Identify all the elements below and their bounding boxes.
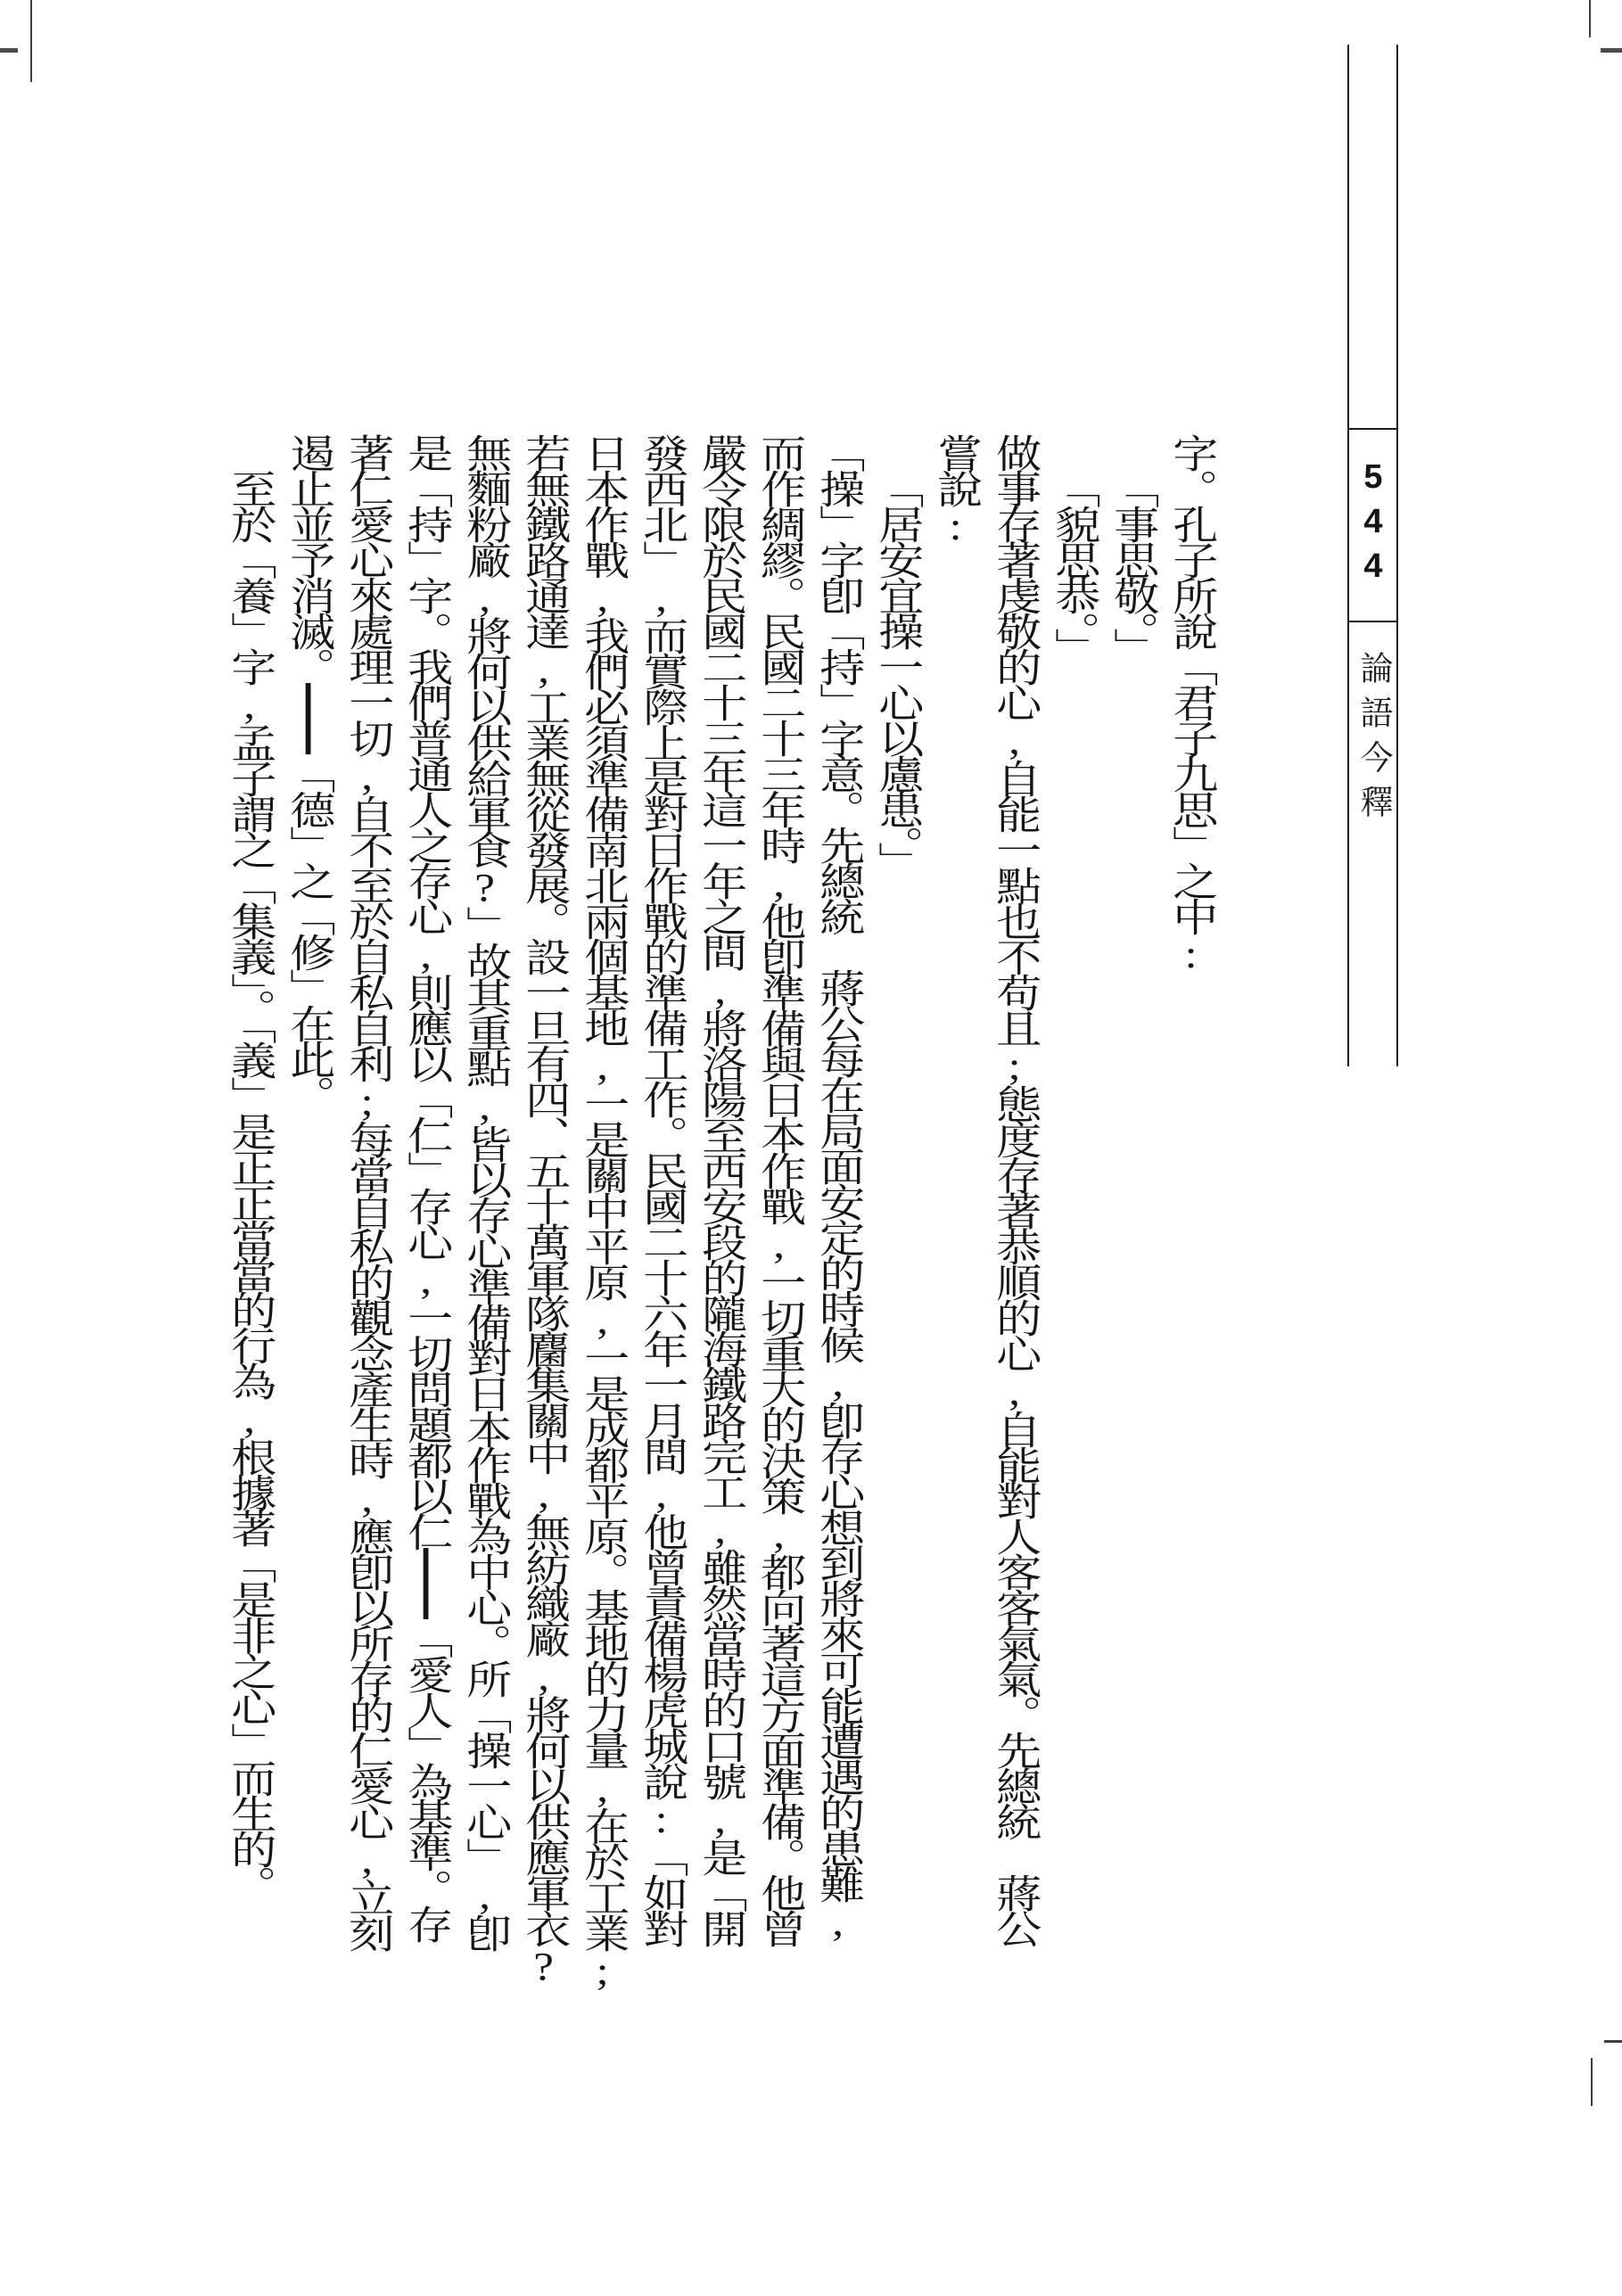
- book-page-scan: 544 論語今釋 字。孔子所說「君子九思」之中: 「事思敬。」 「貌思恭。」 做…: [0, 0, 1622, 2296]
- text-column-1: 字。孔子所說「君子九思」之中:: [1157, 433, 1225, 973]
- crop-mark-right-vertical: [1589, 0, 1591, 37]
- text-column-8: 而作綢繆。民國二十三年時,他卽準備與日本作戰,一切重大的決策,都向著這方面準備。…: [745, 433, 813, 1945]
- book-title-box: 論語今釋: [1349, 622, 1396, 829]
- crop-mark-left-dash: [0, 48, 18, 53]
- text-column-3: 「貌思恭。」: [1039, 469, 1107, 663]
- text-column-4: 做事存著虔敬的心,自能一點也不苟且;態度存著恭順的心,自能對人客客氣氣。先總統 …: [980, 433, 1049, 1945]
- text-column-12: 若無鐵路通達,工業無從發展。設一旦有四、五十萬軍隊麕集關中,無紡織廠,將何以供應…: [509, 433, 578, 1985]
- text-column-15: 著仁愛心來處理一切,自不至於自私自利;每當自私的觀念產生時,應卽以所存的仁愛心,…: [333, 433, 401, 1949]
- crop-mark-bottom-right-v: [1591, 2058, 1593, 2106]
- crop-mark-right-dash: [1601, 48, 1622, 53]
- text-column-11: 日本作戰,我們必須準備南北兩個基地,一是關中平原,一是成都平原。基地的力量,在於…: [568, 433, 637, 1989]
- text-column-5: 嘗說:: [921, 433, 990, 545]
- header-empty-box: [1349, 45, 1396, 430]
- em-dash-segment: [423, 1548, 428, 1584]
- text-column-14: 是「持」字。我們普通人之存心,則應以「仁」存心,一切問題都以仁「愛人」為基準。存: [391, 433, 460, 1940]
- text-column-16: 遏止並予消滅。「德」之「修」在此。: [274, 433, 342, 1111]
- header-strip: 544 論語今釋: [1347, 45, 1398, 1066]
- text-column-7: 「操」字卽「持」字意。先總統 蔣公每在局面安定的時候,卽存心想到將來可能遭遇的患…: [803, 433, 872, 1940]
- book-title: 論語今釋: [1349, 651, 1396, 829]
- em-dash-segment: [423, 1584, 428, 1619]
- text-column-10: 發西北」,而實際上是對日作戰的準備工作。民國二十六年一月間,他曾責備楊虎城說:「…: [627, 433, 696, 1945]
- page-number: 544: [1349, 458, 1396, 592]
- text-column-2: 「事思敬。」: [1098, 469, 1166, 663]
- crop-mark-bottom-right-h: [1604, 2040, 1622, 2043]
- page-number-box: 544: [1349, 430, 1396, 622]
- text-column-17: 至於「養」字,孟子謂之「集義」。「義」是正正當當的行為,根據著「是非之心」而生的…: [215, 469, 284, 1901]
- crop-mark-left-vertical: [30, 0, 32, 82]
- em-dash-segment: [305, 683, 310, 719]
- text-column-9: 嚴令限於民國二十三年這一年之間,將洛陽至西安段的隴海鐵路完工,雖然當時的口號,是…: [686, 433, 754, 1945]
- text-column-13: 無麵粉廠,將何以供給軍食?」故其重點,皆以存心準備對日本作戰為中心。所「操一心」…: [450, 433, 519, 1949]
- text-column-6: 「居安宜操一心以慮患。」: [862, 469, 931, 877]
- em-dash-segment: [305, 719, 310, 754]
